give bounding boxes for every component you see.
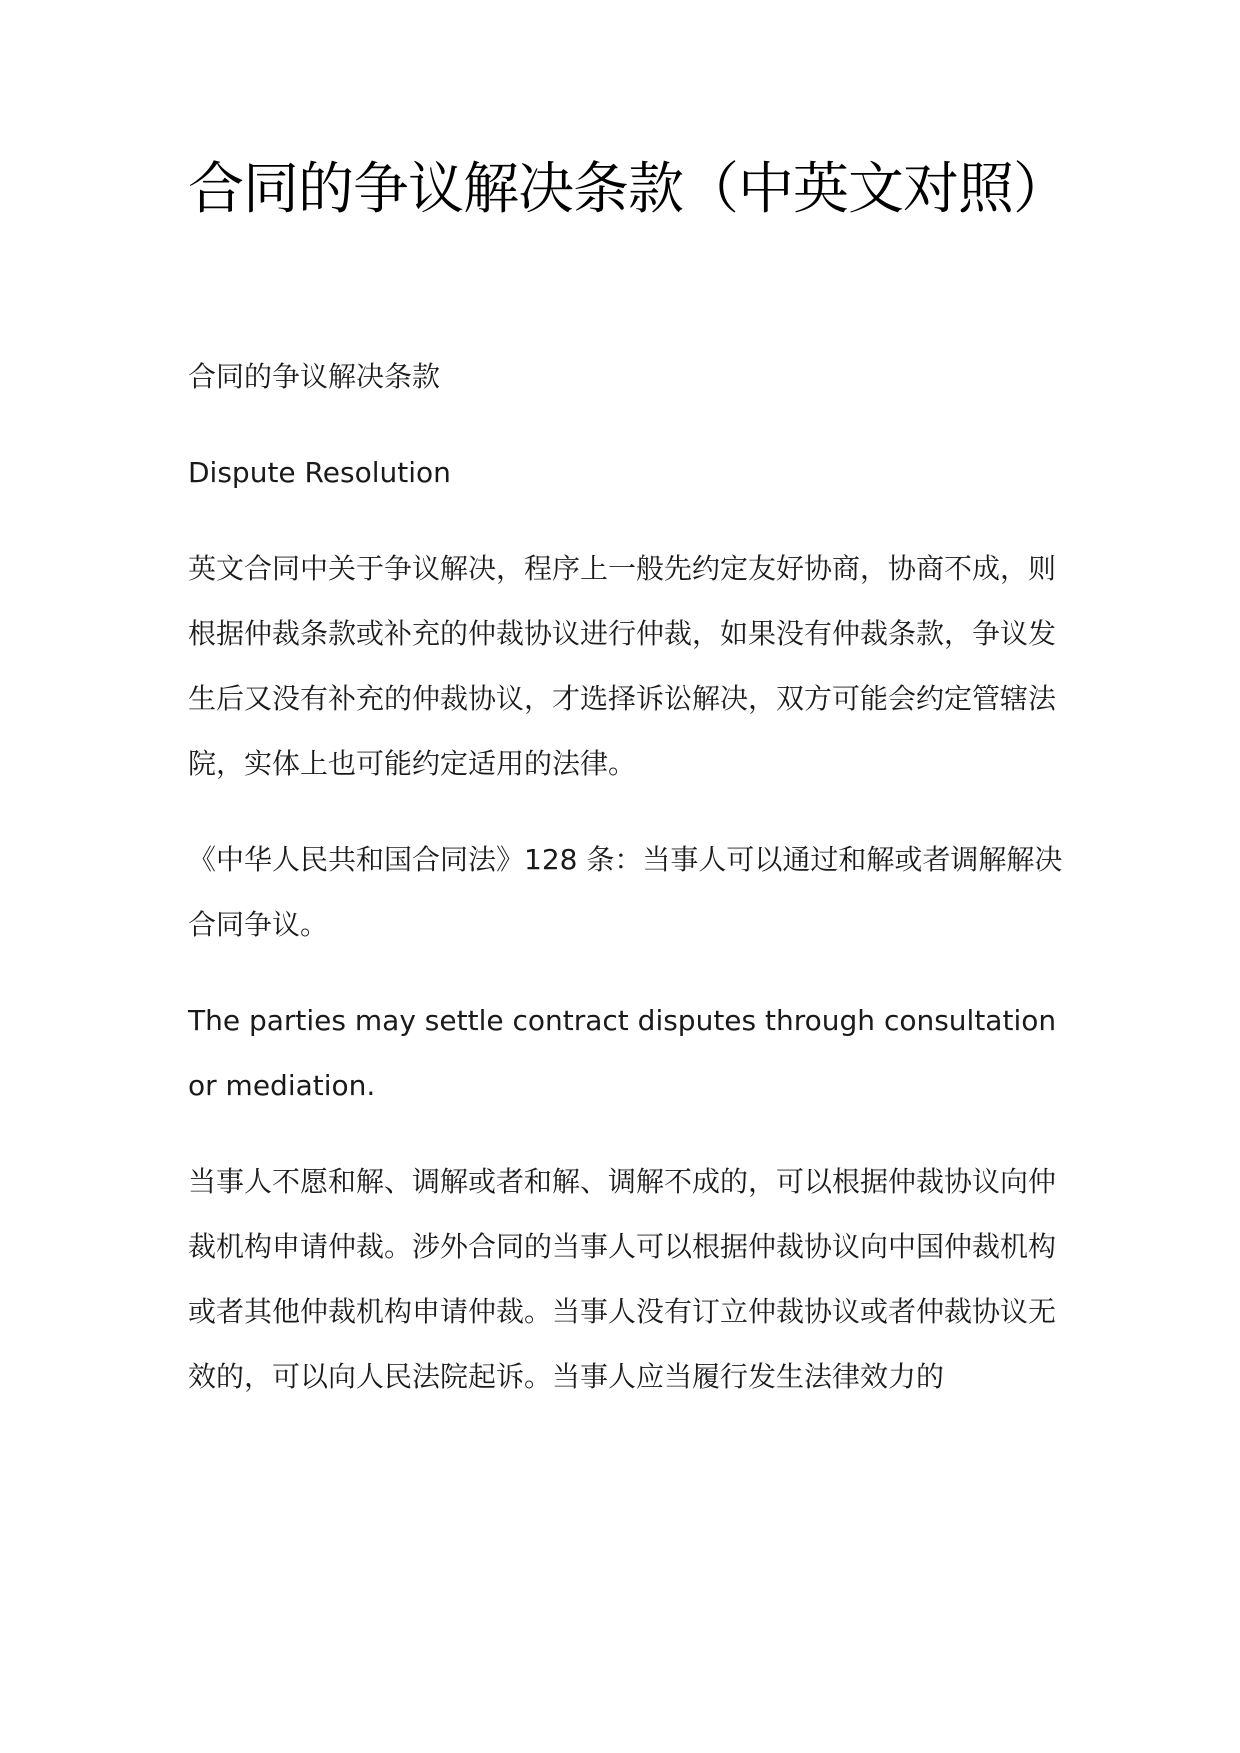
spacer bbox=[188, 240, 1068, 344]
section-heading-zh: 合同的争议解决条款 bbox=[188, 344, 1068, 409]
intro-paragraph: 英文合同中关于争议解决，程序上一般先约定友好协商，协商不成，则根据仲裁条款或补充… bbox=[188, 536, 1068, 796]
document-title: 合同的争议解决条款（中英文对照） bbox=[188, 140, 1068, 240]
article-128-zh: 《中华人民共和国合同法》128 条：当事人可以通过和解或者调解解决合同争议。 bbox=[188, 827, 1068, 957]
article-128-en: The parties may settle contract disputes… bbox=[188, 988, 1068, 1118]
document-body: 合同的争议解决条款 Dispute Resolution 英文合同中关于争议解决… bbox=[188, 344, 1068, 1409]
section-heading-en: Dispute Resolution bbox=[188, 440, 1068, 505]
arbitration-paragraph-zh: 当事人不愿和解、调解或者和解、调解不成的，可以根据仲裁协议向仲裁机构申请仲裁。涉… bbox=[188, 1149, 1068, 1409]
document-page: 合同的争议解决条款（中英文对照） 合同的争议解决条款 Dispute Resol… bbox=[188, 140, 1068, 1440]
